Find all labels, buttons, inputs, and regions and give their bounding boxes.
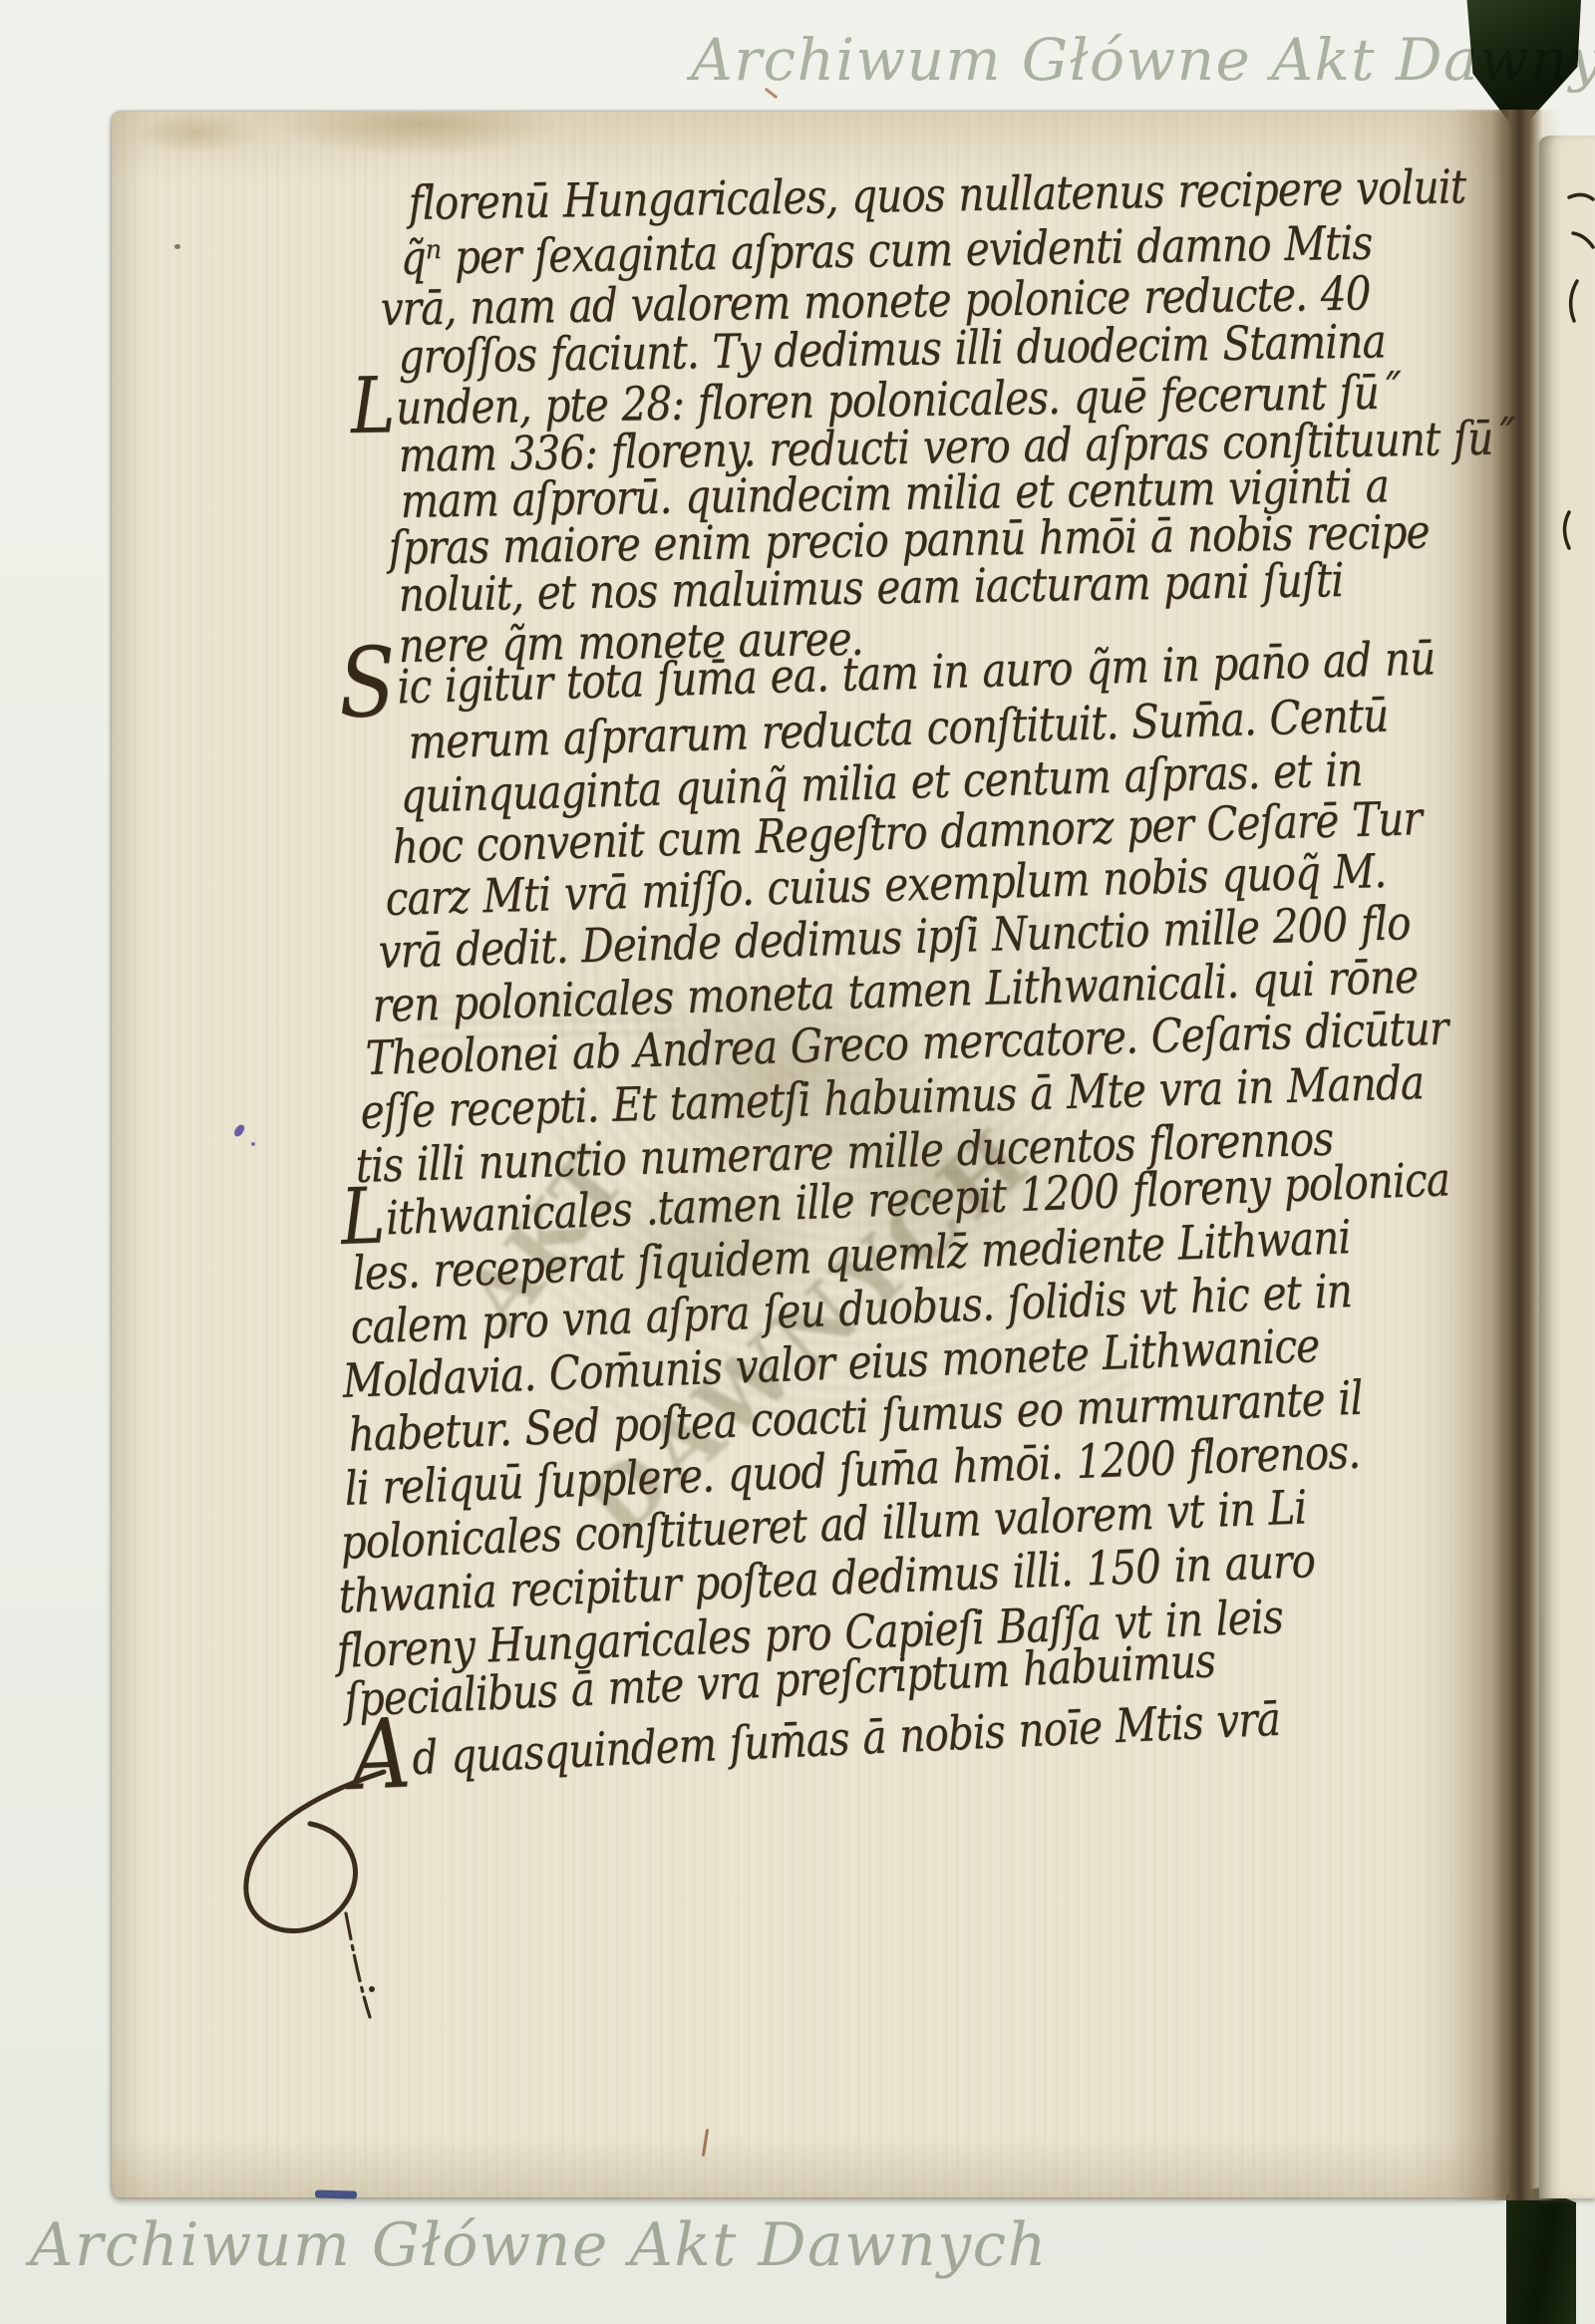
brown-speck — [174, 244, 180, 249]
bookmark-ribbon-bottom — [1506, 2187, 1576, 2324]
archive-watermark-top: Archiwum Główne Akt Dawnych — [691, 26, 1595, 94]
archive-watermark-bottom: Archiwum Główne Akt Dawnych — [30, 2210, 1048, 2280]
blue-ink-mark — [315, 2189, 357, 2198]
purple-ink-dot — [251, 1142, 255, 1146]
right-page-ink-marks — [1539, 136, 1595, 2198]
facing-page-edge — [1539, 136, 1595, 2198]
manuscript-scan: AKT DAWNYCH florenū Hungaricales, quos n… — [0, 0, 1595, 2324]
pen-flourish — [234, 1766, 454, 1995]
